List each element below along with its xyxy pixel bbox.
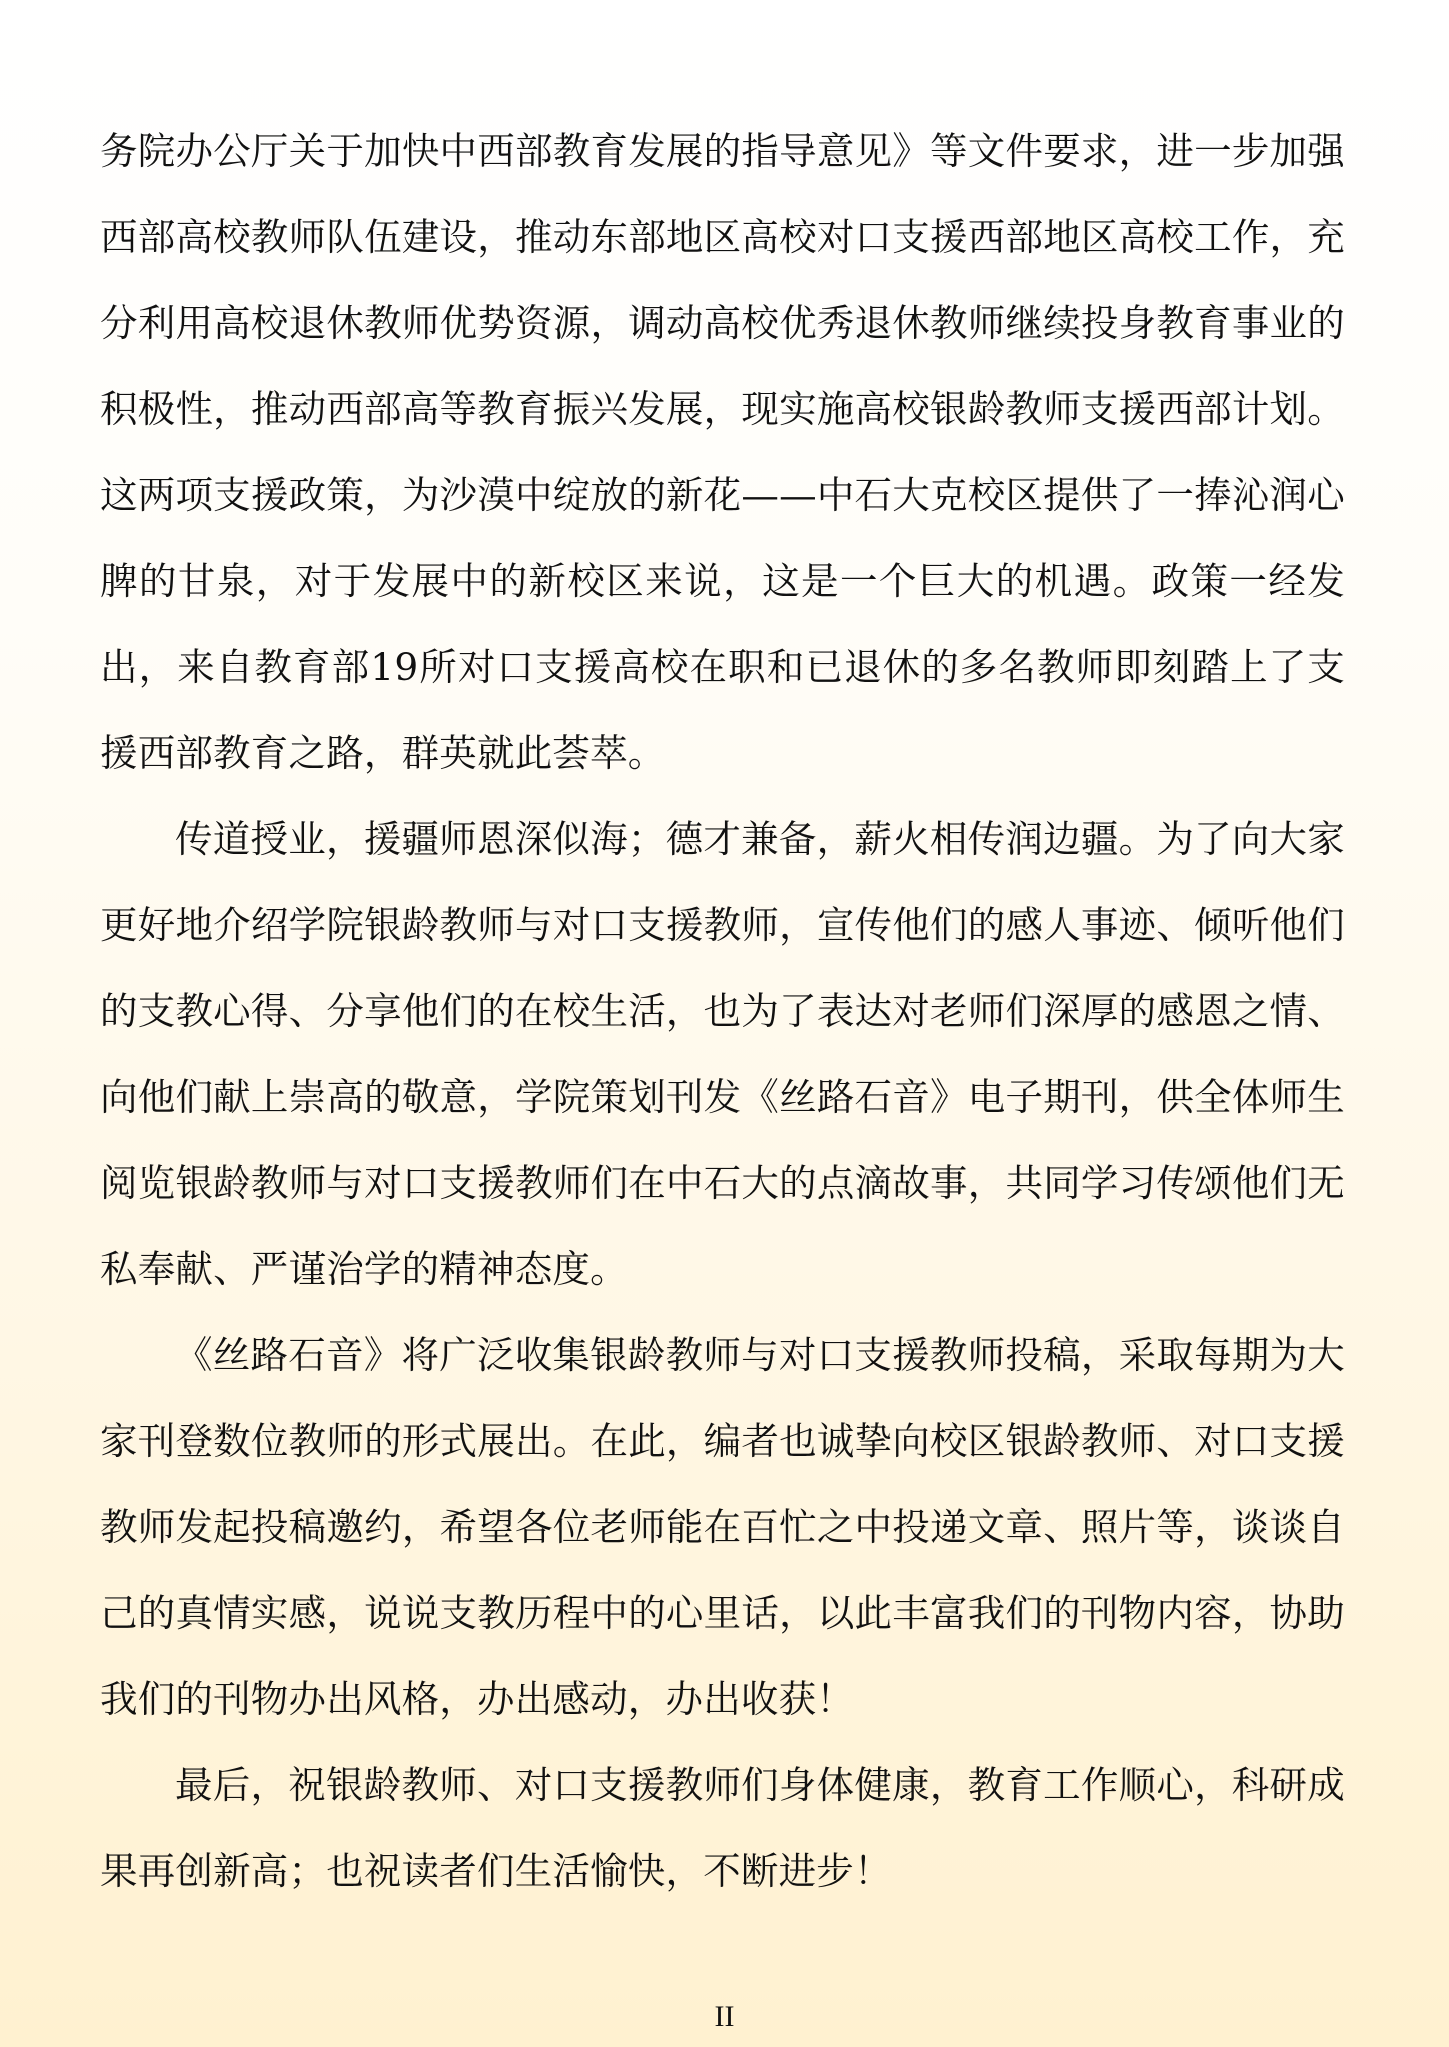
paragraph-journal-introduction: 传道授业，援疆师恩深似海；德才兼备，薪火相传润边疆。为了向大家更好地介绍学院银龄… [100,796,1345,1312]
paragraph-policy-background: 务院办公厅关于加快中西部教育发展的指导意见》等文件要求，进一步加强西部高校教师队… [100,108,1345,796]
document-page: 务院办公厅关于加快中西部教育发展的指导意见》等文件要求，进一步加强西部高校教师队… [100,108,1345,1914]
paragraph-closing-wishes: 最后，祝银龄教师、对口支援教师们身体健康，教育工作顺心，科研成果再创新高；也祝读… [100,1742,1345,1914]
paragraph-submission-invitation: 《丝路石音》将广泛收集银龄教师与对口支援教师投稿，采取每期为大家刊登数位教师的形… [100,1312,1345,1742]
page-number: II [0,2000,1449,2034]
